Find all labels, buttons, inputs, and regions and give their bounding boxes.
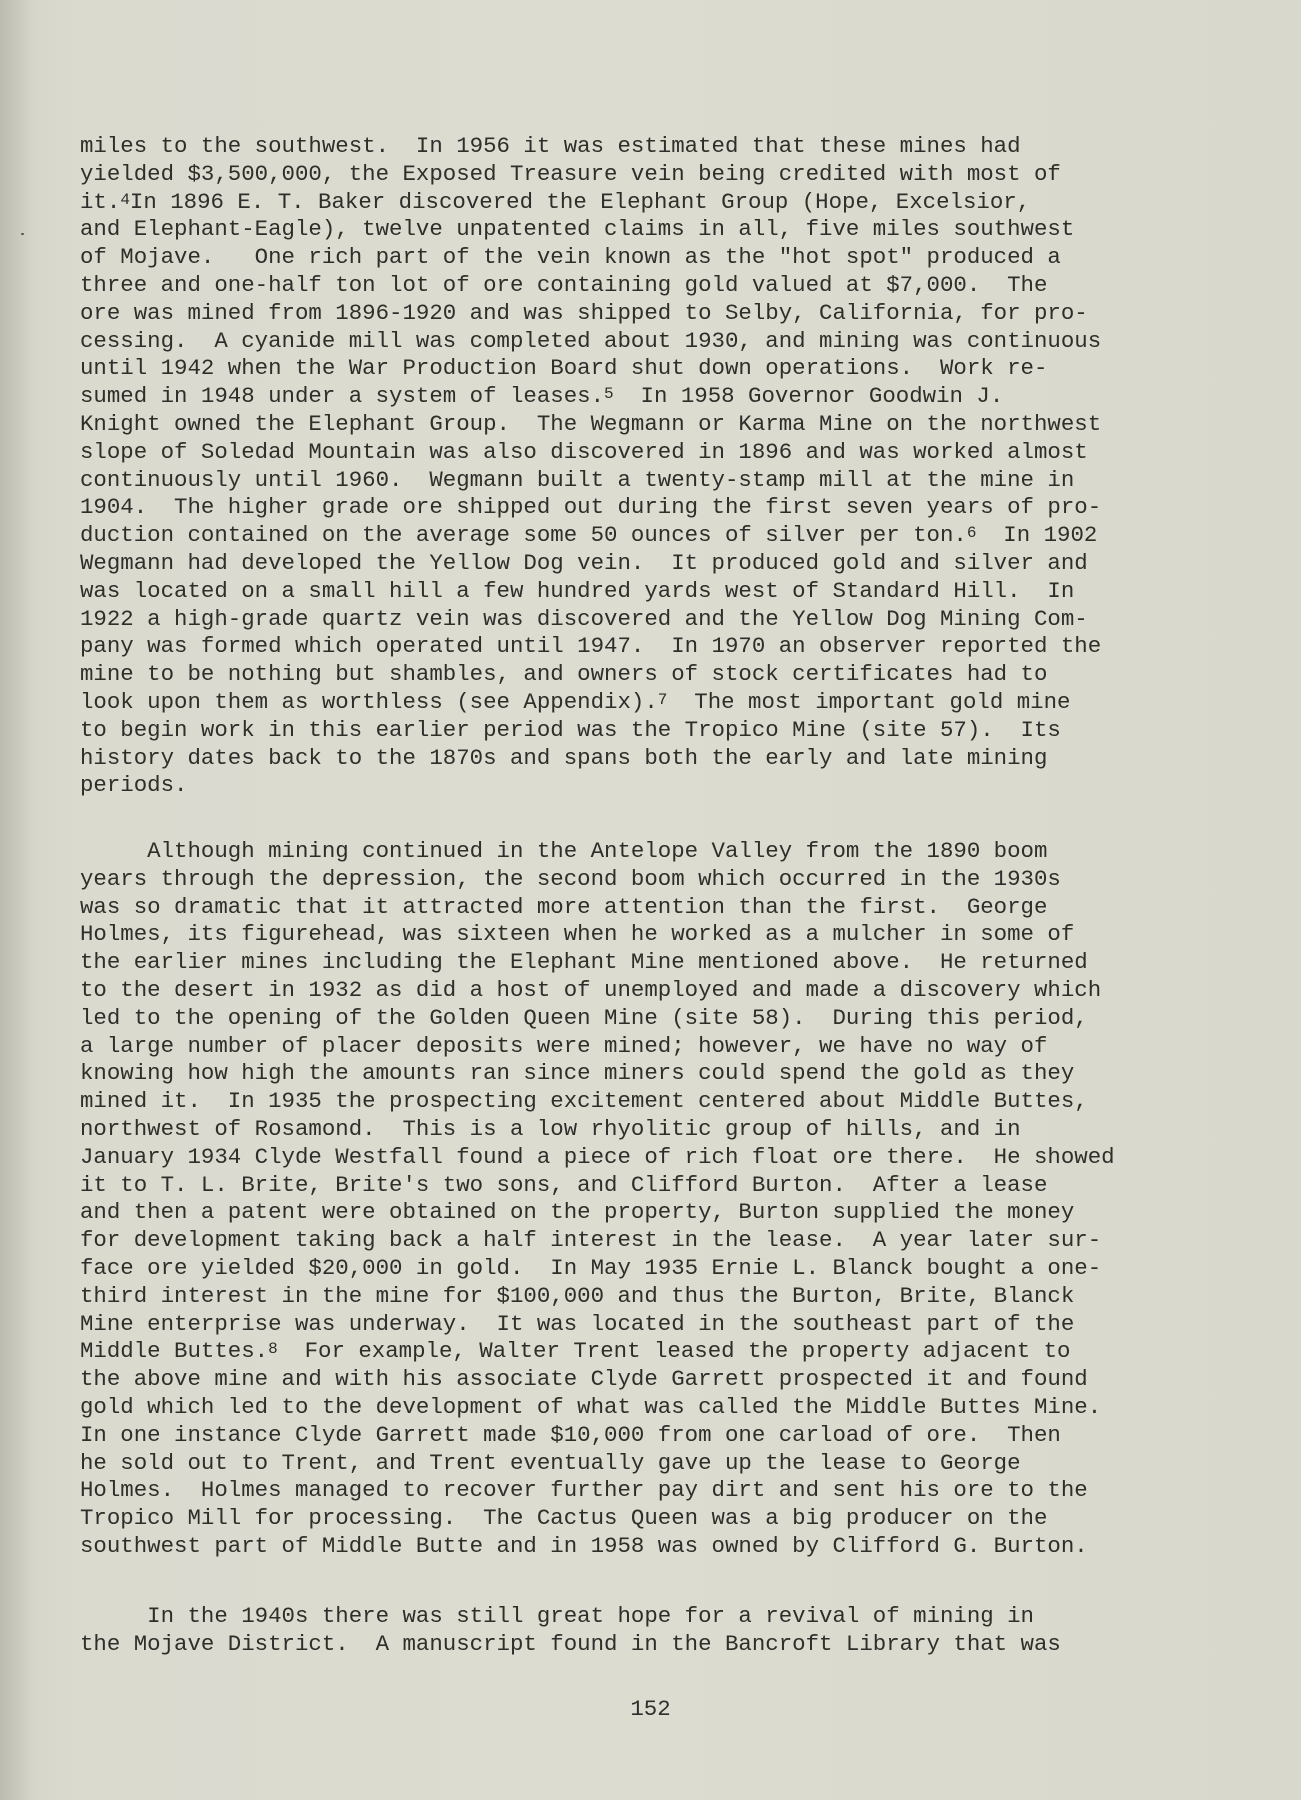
paragraph-1: miles to the southwest. In 1956 it was e…: [80, 133, 1260, 800]
text-line: led to the opening of the Golden Queen M…: [80, 1005, 1260, 1033]
text-line: Holmes, its figurehead, was sixteen when…: [80, 921, 1260, 949]
text-line: Middle Buttes.8 For example, Walter Tren…: [80, 1338, 1260, 1366]
text-line: sumed in 1948 under a system of leases.5…: [80, 383, 1260, 411]
text-line: to the desert in 1932 as did a host of u…: [80, 977, 1260, 1005]
text-line: knowing how high the amounts ran since m…: [80, 1060, 1260, 1088]
text-line: years through the depression, the second…: [80, 866, 1260, 894]
text-line: history dates back to the 1870s and span…: [80, 745, 1260, 773]
text-line: was so dramatic that it attracted more a…: [80, 894, 1260, 922]
text-line: slope of Soledad Mountain was also disco…: [80, 439, 1260, 467]
text-line: and Elephant-Eagle), twelve unpatented c…: [80, 216, 1260, 244]
text-line: 1904. The higher grade ore shipped out d…: [80, 494, 1260, 522]
text-line: it to T. L. Brite, Brite's two sons, and…: [80, 1172, 1260, 1200]
document-page: miles to the southwest. In 1956 it was e…: [0, 0, 1301, 1800]
paragraph-2: Although mining continued in the Antelop…: [80, 838, 1260, 1561]
footnote-marker: 8: [268, 1340, 278, 1358]
text-line: Although mining continued in the Antelop…: [80, 838, 1260, 866]
text-line: Mine enterprise was underway. It was loc…: [80, 1311, 1260, 1339]
text-line: In the 1940s there was still great hope …: [80, 1603, 1260, 1631]
text-line: the above mine and with his associate Cl…: [80, 1366, 1260, 1394]
scan-speck: [21, 233, 24, 235]
text-line: it.4In 1896 E. T. Baker discovered the E…: [80, 189, 1260, 217]
text-line: face ore yielded $20,000 in gold. In May…: [80, 1255, 1260, 1283]
text-line: was located on a small hill a few hundre…: [80, 578, 1260, 606]
footnote-marker: 7: [658, 691, 668, 709]
text-line: miles to the southwest. In 1956 it was e…: [80, 133, 1260, 161]
text-line: and then a patent were obtained on the p…: [80, 1199, 1260, 1227]
text-line: of Mojave. One rich part of the vein kno…: [80, 244, 1260, 272]
text-line: cessing. A cyanide mill was completed ab…: [80, 328, 1260, 356]
text-line: periods.: [80, 772, 1260, 800]
text-line: yielded $3,500,000, the Exposed Treasure…: [80, 161, 1260, 189]
text-line: third interest in the mine for $100,000 …: [80, 1283, 1260, 1311]
text-line: mine to be nothing but shambles, and own…: [80, 661, 1260, 689]
footnote-marker: 6: [967, 524, 977, 542]
text-line: gold which led to the development of wha…: [80, 1394, 1260, 1422]
text-line: January 1934 Clyde Westfall found a piec…: [80, 1144, 1260, 1172]
binding-edge-shadow: [0, 0, 34, 1800]
text-line: to begin work in this earlier period was…: [80, 717, 1260, 745]
text-line: Knight owned the Elephant Group. The Weg…: [80, 411, 1260, 439]
text-line: the Mojave District. A manuscript found …: [80, 1631, 1260, 1659]
text-line: continuously until 1960. Wegmann built a…: [80, 467, 1260, 495]
paragraph-3: In the 1940s there was still great hope …: [80, 1603, 1260, 1659]
text-line: northwest of Rosamond. This is a low rhy…: [80, 1116, 1260, 1144]
text-line: the earlier mines including the Elephant…: [80, 949, 1260, 977]
footnote-marker: 5: [604, 385, 614, 403]
text-line: three and one-half ton lot of ore contai…: [80, 272, 1260, 300]
text-line: Tropico Mill for processing. The Cactus …: [80, 1505, 1260, 1533]
text-line: 1922 a high-grade quartz vein was discov…: [80, 606, 1260, 634]
text-line: until 1942 when the War Production Board…: [80, 355, 1260, 383]
text-line: for development taking back a half inter…: [80, 1227, 1260, 1255]
page-number: 152: [0, 1696, 1301, 1722]
text-line: southwest part of Middle Butte and in 19…: [80, 1533, 1260, 1561]
text-line: look upon them as worthless (see Appendi…: [80, 689, 1260, 717]
text-line: ore was mined from 1896-1920 and was shi…: [80, 300, 1260, 328]
text-line: Holmes. Holmes managed to recover furthe…: [80, 1477, 1260, 1505]
text-line: Wegmann had developed the Yellow Dog vei…: [80, 550, 1260, 578]
text-line: a large number of placer deposits were m…: [80, 1033, 1260, 1061]
text-line: mined it. In 1935 the prospecting excite…: [80, 1088, 1260, 1116]
text-line: he sold out to Trent, and Trent eventual…: [80, 1450, 1260, 1478]
text-line: duction contained on the average some 50…: [80, 522, 1260, 550]
footnote-marker: 4: [120, 191, 130, 209]
text-line: pany was formed which operated until 194…: [80, 633, 1260, 661]
text-line: In one instance Clyde Garrett made $10,0…: [80, 1422, 1260, 1450]
